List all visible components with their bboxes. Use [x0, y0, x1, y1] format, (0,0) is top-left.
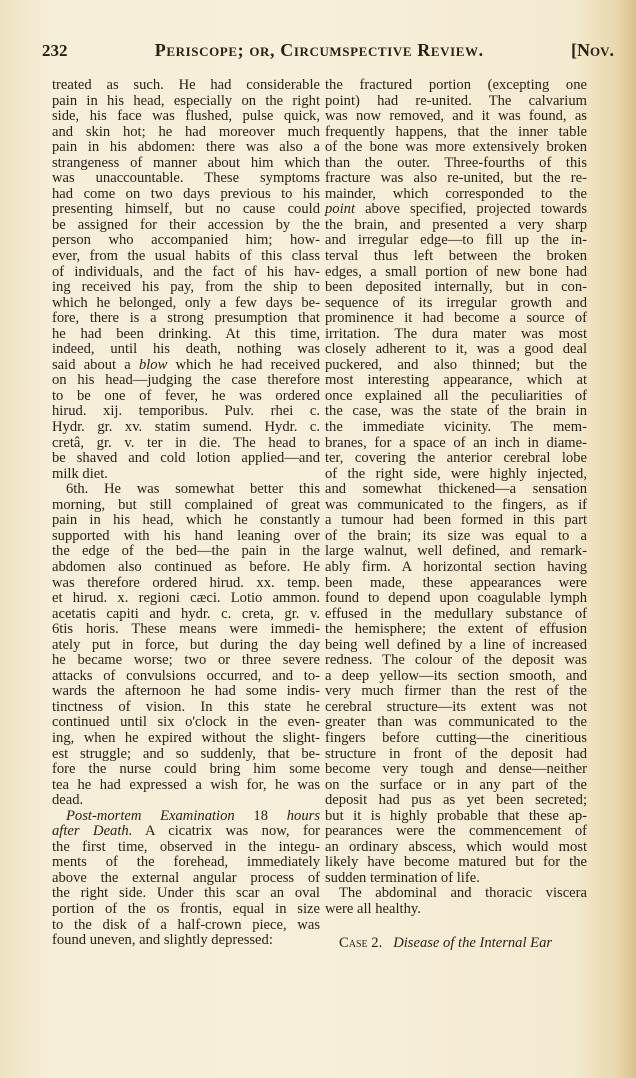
text-line: found to depend upon coagulable lymph [325, 591, 587, 607]
text-line: of the bone was more extensively broken [325, 140, 587, 156]
text-line: but it is highly probable that these ap- [325, 809, 587, 825]
text-line: sudden termination of life. [325, 871, 587, 887]
text-line: branes, for a space of an inch in diame- [325, 436, 587, 452]
text-line: greater than was communicated to the [325, 715, 587, 731]
text-line: said about a blow which he had received [52, 358, 320, 374]
text-line: than the outer. Three-fourths of this [325, 156, 587, 172]
running-month: [Nov. [571, 40, 614, 61]
text-line: was communicated to the fingers, as if [325, 498, 587, 514]
text-line: was unaccountable. These symptoms [52, 171, 320, 187]
text-line: ing received his pay, from the ship to [52, 280, 320, 296]
text-line: he had been drinking. At this time, [52, 327, 320, 343]
text-line: the immediate vicinity. The mem- [325, 420, 587, 436]
text-line: continued until six o'clock in the even- [52, 715, 320, 731]
text-line: most interesting appearance, which at [325, 373, 587, 389]
text-line: The abdominal and thoracic viscera [325, 886, 587, 902]
text-line: ter, covering the anterior cerebral lobe [325, 451, 587, 467]
text-line: 6tis horis. These means were immedi- [52, 622, 320, 638]
text-line: pain in his abdomen: there was also a [52, 140, 320, 156]
text-line: once explained all the peculiarities of [325, 389, 587, 405]
text-line: which he belonged, only a few days be- [52, 296, 320, 312]
text-line: attacks of convulsions occurred, and to- [52, 669, 320, 685]
text-line: 6th. He was somewhat better this [52, 482, 320, 498]
text-line: and skin hot; he had moreover much [52, 125, 320, 141]
text-line: deposit had pus as yet been secreted; [325, 793, 587, 809]
text-line: ever, from the usual habits of this clas… [52, 249, 320, 265]
text-line: ably firm. A horizontal section having [325, 560, 587, 576]
text-line: fracture was also re-united, but the re- [325, 171, 587, 187]
text-line: of the brain; its size was equal to a [325, 529, 587, 545]
text-line: the brain, and presented a very sharp [325, 218, 587, 234]
text-line: the edge of the bed—the pain in the [52, 544, 320, 560]
case-title: Disease of the Internal Ear [393, 935, 552, 951]
text-line: a tumour had been formed in this part [325, 513, 587, 529]
text-line: pain in his head, which he constantly [52, 513, 320, 529]
text-line: been deposited internally, but in con- [325, 280, 587, 296]
text-line: point) had re-united. The calvarium [325, 94, 587, 110]
text-line: was now removed, and it was found, as [325, 109, 587, 125]
case-label: Case 2. [339, 935, 382, 951]
text-line: mainder, which corresponded to the [325, 187, 587, 203]
running-title: Periscope; or, Circumspective Review. [155, 40, 484, 61]
text-line: the case, was the state of the brain in [325, 404, 587, 420]
text-line: redness. The colour of the deposit was [325, 653, 587, 669]
text-line: cerebral structure—its extent was not [325, 700, 587, 716]
text-line: tinctness of vision. In this state he [52, 700, 320, 716]
text-line: the right side. Under this scar an oval [52, 886, 320, 902]
right-column: the fractured portion (excepting onepoin… [325, 78, 587, 951]
text-line: indeed, until his death, nothing was [52, 342, 320, 358]
text-line: irritation. The dura mater was most [325, 327, 587, 343]
text-line: cretâ, gr. v. ter in die. The head to [52, 436, 320, 452]
text-line: treated as such. He had considerable [52, 78, 320, 94]
text-line: ately put in force, but during the day [52, 638, 320, 654]
text-line: to be one of fever, he was ordered [52, 389, 320, 405]
text-line: supported with his hand leaning over [52, 529, 320, 545]
text-line: et hirud. x. regioni cæci. Lotio ammon. [52, 591, 320, 607]
text-line: a deep yellow—its section smooth, and [325, 669, 587, 685]
text-line: wards the afternoon he had some indis- [52, 684, 320, 700]
text-line: tea he had expressed a wish for, he was [52, 778, 320, 794]
left-column: treated as such. He had considerablepain… [52, 78, 320, 949]
text-line: an ordinary abscess, which would most [325, 840, 587, 856]
page-number: 232 [42, 41, 68, 61]
text-line: prominence it had become a source of [325, 311, 587, 327]
text-line: puckered, and also thinned; but the [325, 358, 587, 374]
text-line: likely have become matured but for the [325, 855, 587, 871]
text-line: the first time, observed in the integu- [52, 840, 320, 856]
text-line: hirud. xij. temporibus. Pulv. rhei c. [52, 404, 320, 420]
text-line: est struggle; and so suddenly, that be- [52, 747, 320, 763]
text-line: fore the nurse could bring him some [52, 762, 320, 778]
text-line: effused in the medullary substance of [325, 607, 587, 623]
text-line: morning, but still complained of great [52, 498, 320, 514]
text-line: be assigned for their accession by the [52, 218, 320, 234]
text-line: after Death. A cicatrix was now, for [52, 824, 320, 840]
text-line: fore, there is a strong presumption that [52, 311, 320, 327]
text-line: frequently happens, that the inner table [325, 125, 587, 141]
text-line: sequence of its irregular growth and [325, 296, 587, 312]
text-line: ments of the forehead, immediately [52, 855, 320, 871]
text-line: point above specified, projected towards [325, 202, 587, 218]
text-line: and somewhat thickened—a sensation [325, 482, 587, 498]
text-line: structure in front of the deposit had [325, 747, 587, 763]
text-line: person who accompanied him; how- [52, 233, 320, 249]
text-line: Hydr. gr. xv. statim sumend. Hydr. c. [52, 420, 320, 436]
text-line: acetatis capiti and hydr. c. creta, gr. … [52, 607, 320, 623]
text-line: be shaved and cold lotion applied—and [52, 451, 320, 467]
text-line: he became worse; two or three severe [52, 653, 320, 669]
text-line: found uneven, and slightly depressed: [52, 933, 320, 949]
text-line: closely adherent to it, was a good deal [325, 342, 587, 358]
text-line: above the external angular process of [52, 871, 320, 887]
section-heading: Case 2. Disease of the Internal Ear [325, 936, 587, 952]
text-line: edges, a small portion of new bone had [325, 265, 587, 281]
text-line: Post-mortem Examination 18 hours [52, 809, 320, 825]
text-line: abdomen also continued as before. He [52, 560, 320, 576]
text-line: portion of the os frontis, equal in size [52, 902, 320, 918]
text-line: was therefore ordered hirud. xx. temp. [52, 576, 320, 592]
text-line: being well defined by a line of increase… [325, 638, 587, 654]
text-line: fingers before cutting—the cineritious [325, 731, 587, 747]
running-header: 232 Periscope; or, Circumspective Review… [42, 40, 614, 64]
text-line: milk diet. [52, 467, 320, 483]
text-line: strangeness of manner about him which [52, 156, 320, 172]
text-line: become very tough and dense—neither [325, 762, 587, 778]
text-line: of individuals, and the fact of his hav- [52, 265, 320, 281]
text-line: very much firmer than the rest of the [325, 684, 587, 700]
text-line: been made, these appearances were [325, 576, 587, 592]
text-line: dead. [52, 793, 320, 809]
text-line: the hemisphere; the extent of effusion [325, 622, 587, 638]
text-line: to the disk of a half-crown piece, was [52, 918, 320, 934]
text-line: terval thus left between the broken [325, 249, 587, 265]
text-line: were all healthy. [325, 902, 587, 918]
text-line: ing, when he expired without the slight- [52, 731, 320, 747]
text-line: had come on two days previous to his [52, 187, 320, 203]
text-line: pearances were the commencement of [325, 824, 587, 840]
text-line: the fractured portion (excepting one [325, 78, 587, 94]
text-line: on the surface or in any part of the [325, 778, 587, 794]
text-line: large walnut, well defined, and remark- [325, 544, 587, 560]
book-page: 232 Periscope; or, Circumspective Review… [0, 0, 636, 1078]
text-line: and irregular edge—to fill up the in- [325, 233, 587, 249]
text-line: pain in his head, especially on the righ… [52, 94, 320, 110]
text-line: of the right side, were highly injected, [325, 467, 587, 483]
text-line: side, his face was flushed, pulse quick, [52, 109, 320, 125]
text-line: presenting himself, but no cause could [52, 202, 320, 218]
text-line: on his head—judging the case therefore [52, 373, 320, 389]
